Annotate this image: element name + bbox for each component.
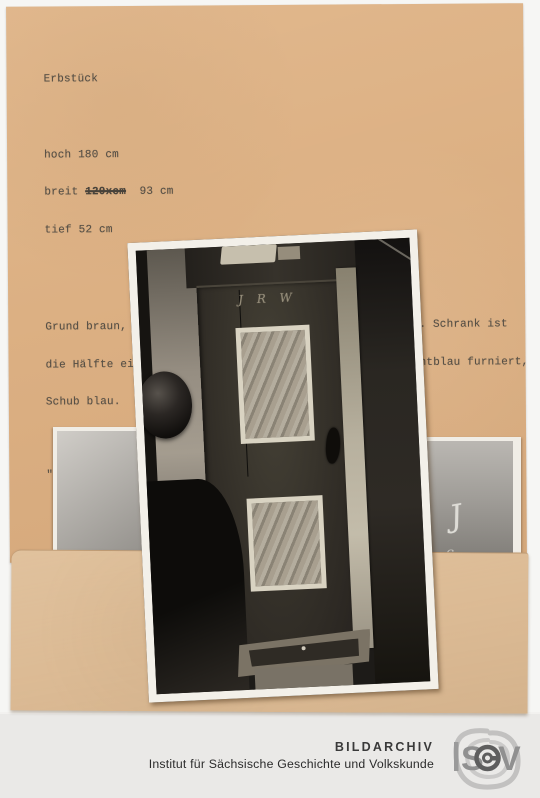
svg-text:S: S (461, 740, 484, 778)
isgv-logo-icon: S V (449, 724, 525, 794)
cabinet-photograph: J R W (127, 229, 438, 702)
dim-depth: tief 52 cm (45, 221, 515, 237)
archival-card-scan: BILDARCHIV Institut für Sächsische Gesch… (0, 0, 540, 798)
dim-width-struck-value: 120xcm (85, 186, 126, 198)
bildarchiv-label: BILDARCHIV (149, 740, 434, 754)
dim-width-value: 93 cm (126, 186, 174, 198)
footer-strip: BILDARCHIV Institut für Sächsische Gesch… (0, 712, 540, 798)
institute-label: Institut für Sächsische Geschichte und V… (149, 757, 434, 771)
cornice-light-patch (220, 244, 276, 264)
note-title: Erbstück (44, 70, 514, 86)
drawer-recess (249, 638, 360, 666)
dim-height: hoch 180 cm (44, 146, 514, 162)
dim-width-label: breit (44, 186, 85, 198)
photo-content: J R W (136, 238, 431, 694)
svg-text:V: V (498, 740, 521, 778)
drawer-knob (301, 646, 305, 650)
floor-patch (254, 664, 354, 691)
cornice-light-patch-small (278, 246, 301, 260)
veneer-panel-lower (246, 495, 327, 592)
footer-text-block: BILDARCHIV Institut für Sächsische Gesch… (149, 740, 434, 771)
handwritten-mark: J (447, 498, 465, 535)
veneer-panel-upper (235, 325, 314, 444)
dim-width: breit 120xcm 93 cm (44, 183, 514, 199)
